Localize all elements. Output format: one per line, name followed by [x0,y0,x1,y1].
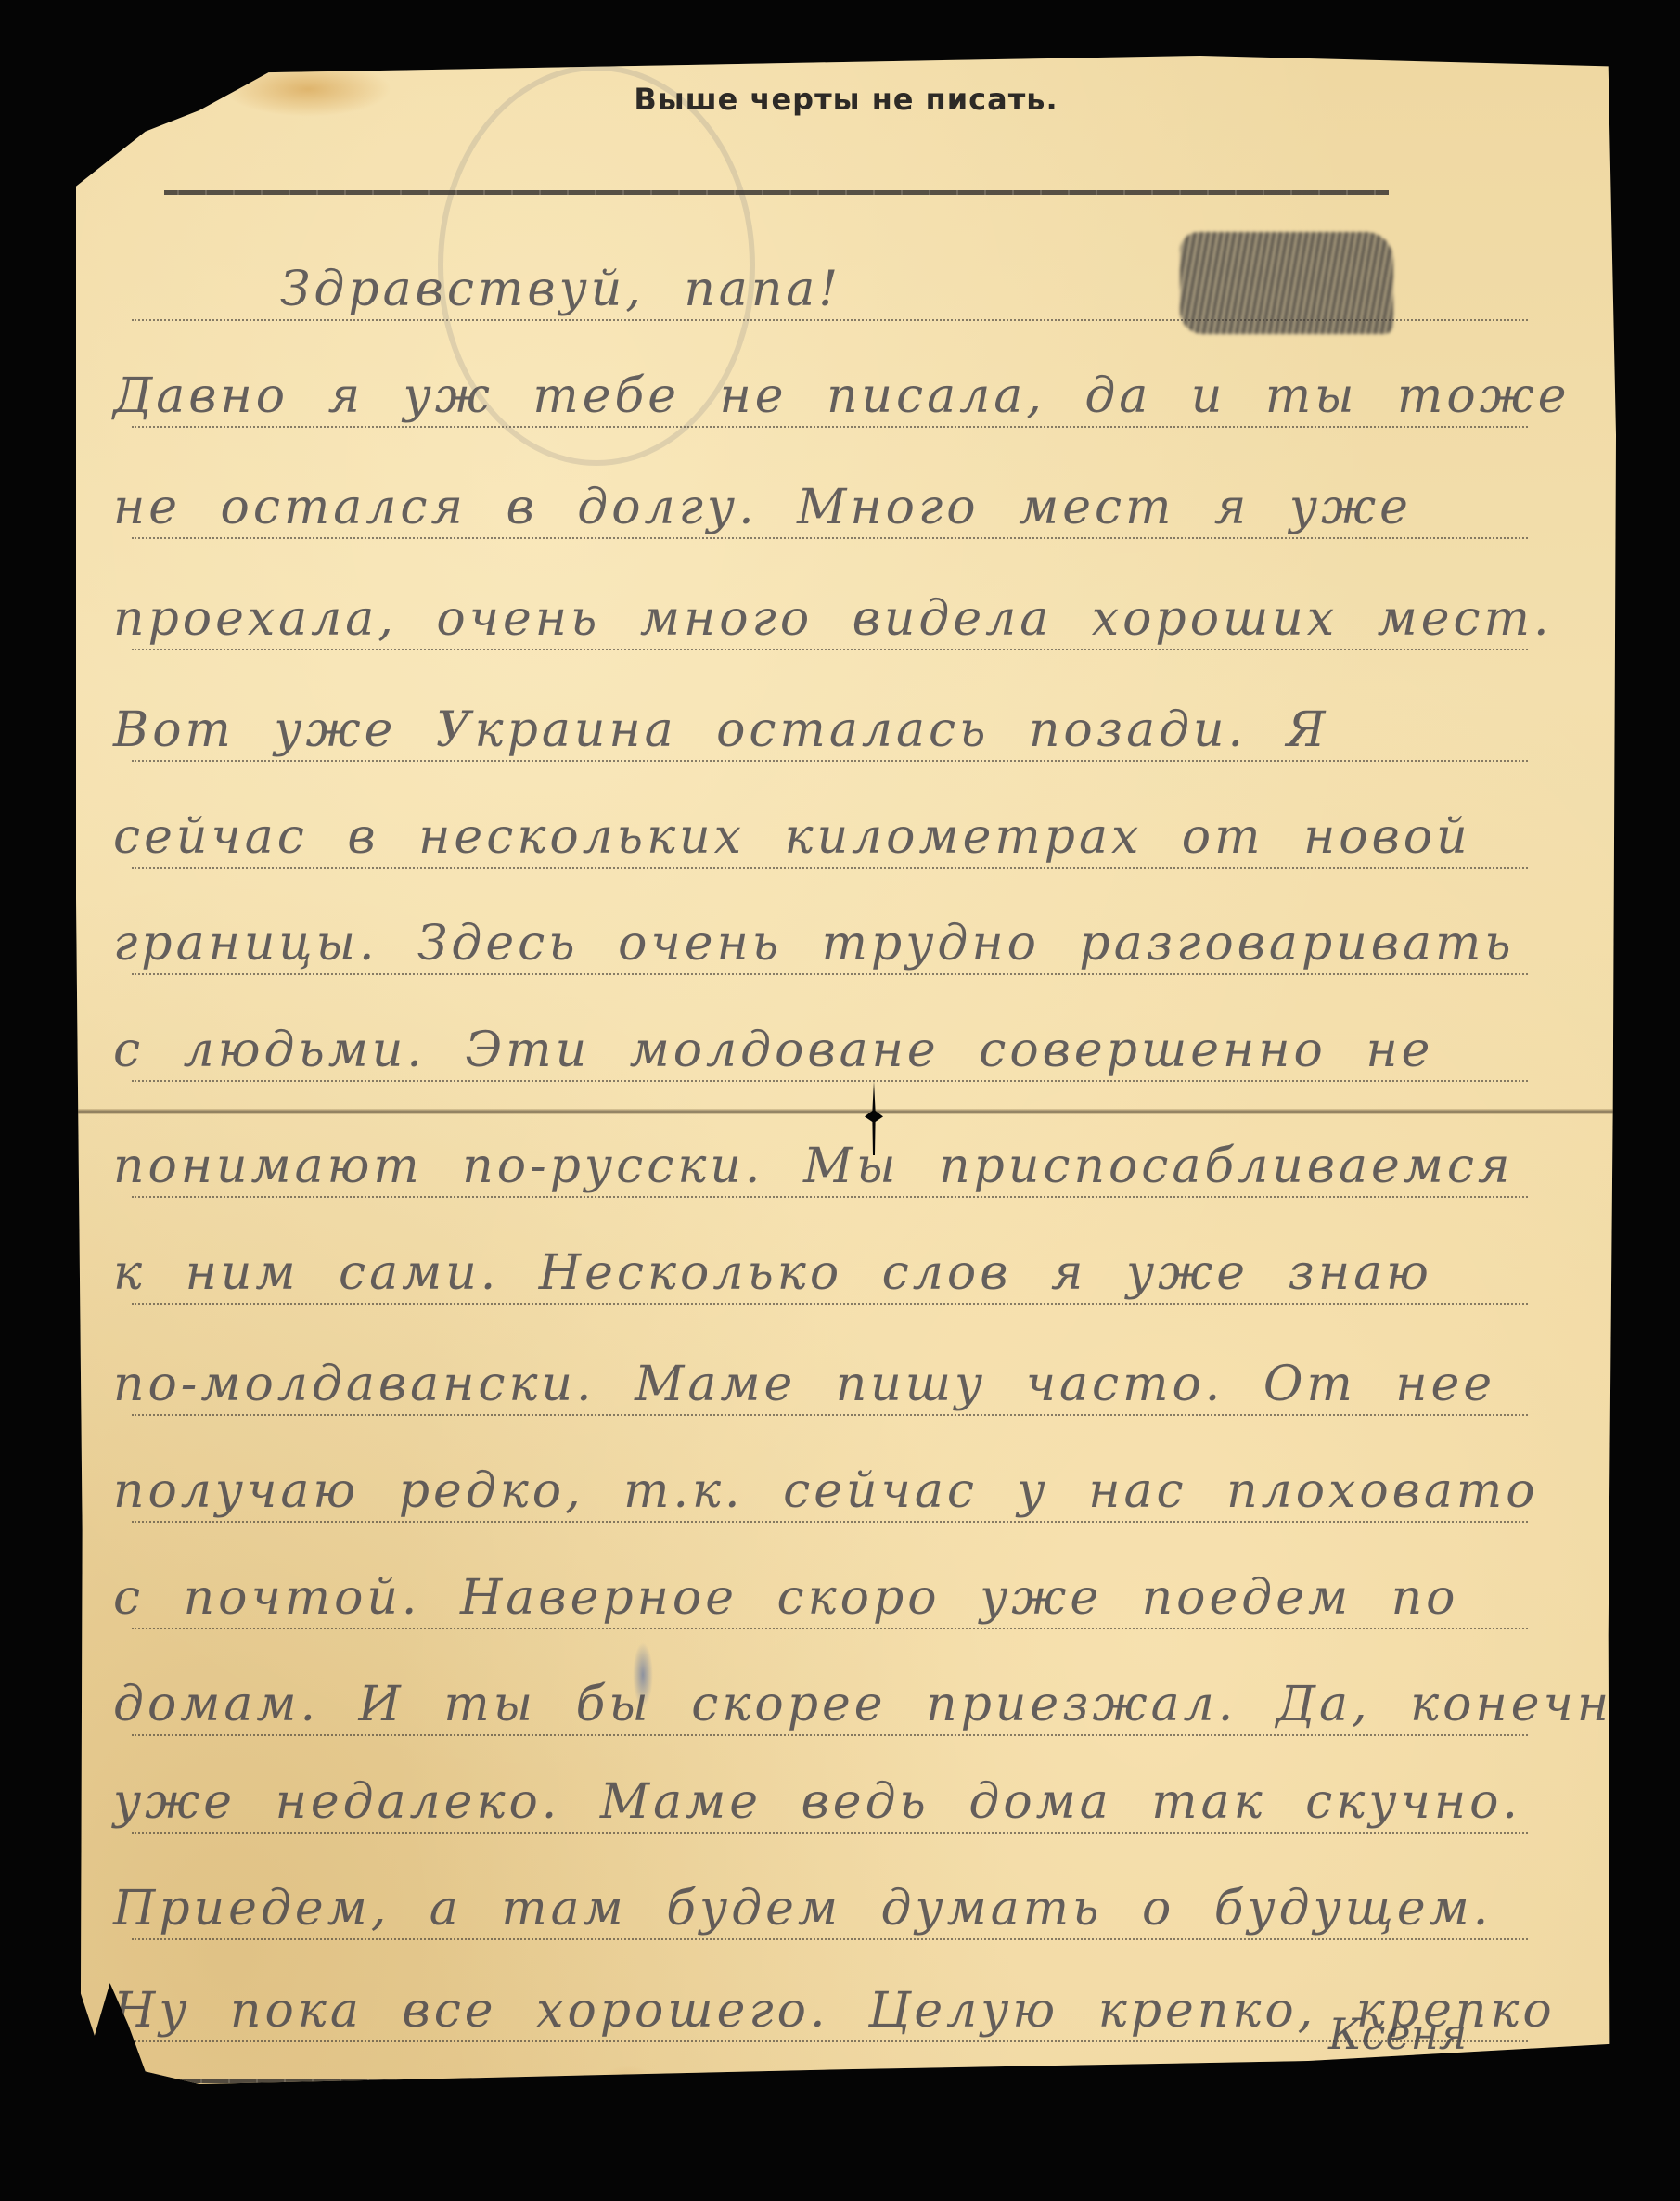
dotted-guide [132,319,1528,321]
letter-line-7: с людьми. Эти молдоване совершенно не [76,984,1616,1095]
dotted-guide [132,426,1528,428]
dotted-guide [132,1628,1528,1629]
letter-line-5: сейчас в нескольких километрах от новой [76,770,1616,882]
letter-line-14: уже недалеко. Маме ведь дома так скучно. [76,1735,1616,1847]
handwritten-text: с людьми. Эти молдоване совершенно не [113,1023,1433,1078]
dotted-guide [132,1080,1528,1082]
dotted-guide [132,1303,1528,1305]
letter-line-13: домам. И ты бы скорее приезжал. Да, коне… [76,1638,1616,1749]
header-instruction: Выше черты не писать. [76,82,1616,117]
handwritten-text: к ним сами. Несколько слов я уже знаю [113,1245,1432,1301]
letter-line-10: по-молдавански. Маме пишу часто. От нее [76,1318,1616,1429]
top-rule-line [164,190,1389,195]
handwritten-text: проехала, очень много видела хороших мес… [113,591,1552,647]
dotted-guide [132,1832,1528,1834]
handwritten-text: понимают по-русски. Мы приспосабливаемся [113,1139,1513,1194]
letter-line-8: понимают по-русски. Мы приспосабливаемся [76,1100,1616,1211]
greeting: Здравствуй, папа! [280,262,841,317]
handwritten-text: по-молдавански. Маме пишу часто. От нее [113,1357,1495,1412]
dotted-guide [132,1938,1528,1940]
dotted-guide [132,537,1528,539]
dotted-guide [132,867,1528,869]
handwritten-text: уже недалеко. Маме ведь дома так скучно. [113,1774,1521,1830]
letter-line-3: проехала, очень много видела хороших мес… [76,552,1616,663]
dotted-guide [132,1521,1528,1523]
handwritten-text: с почтой. Наверное скоро уже поедем по [113,1570,1458,1626]
dotted-guide [132,760,1528,762]
letter-line-11: получаю редко, т.к. сейчас у нас плохова… [76,1424,1616,1536]
letter-line-6: границы. Здесь очень трудно разговариват… [76,877,1616,988]
dotted-guide [132,649,1528,650]
handwritten-text: не остался в долгу. Много мест я уже [113,480,1412,535]
signature: Ксеня [1328,2009,1467,2059]
handwritten-text: домам. И ты бы скорее приезжал. Да, коне… [113,1677,1645,1732]
handwritten-text: получаю редко, т.к. сейчас у нас плохова… [113,1463,1539,1519]
handwritten-text: Приедем, а там будем думать о будущем. [113,1881,1492,1937]
handwritten-text: Давно я уж тебе не писала, да и ты тоже [113,368,1571,424]
handwritten-text: сейчас в нескольких километрах от новой [113,809,1471,865]
letter-line-1: Давно я уж тебе не писала, да и ты тоже [76,329,1616,441]
letter-line-15: Приедем, а там будем думать о будущем. [76,1842,1616,1953]
dotted-guide [132,1196,1528,1198]
letter-line-12: с почтой. Наверное скоро уже поедем по [76,1531,1616,1642]
dotted-guide [132,973,1528,975]
letter-line-2: не остался в долгу. Много мест я уже [76,441,1616,552]
footer-instruction: Ниже черты не писать. [76,2125,1616,2157]
handwritten-text: Вот уже Украина осталась позади. Я [113,702,1329,758]
dotted-guide [132,1414,1528,1416]
letter-line-9: к ним сами. Несколько слов я уже знаю [76,1206,1616,1318]
dotted-guide [132,2040,1528,2042]
handwritten-text: границы. Здесь очень трудно разговариват… [113,916,1515,972]
letter-sheet: Выше черты не писать. Здравствуй, папа! … [76,56,1616,2162]
letter-line-4: Вот уже Украина осталась позади. Я [76,663,1616,775]
bottom-rule-line [160,2079,1495,2083]
water-stain-bottom [577,2065,679,2201]
greeting-line: Здравствуй, папа! [76,223,1616,334]
